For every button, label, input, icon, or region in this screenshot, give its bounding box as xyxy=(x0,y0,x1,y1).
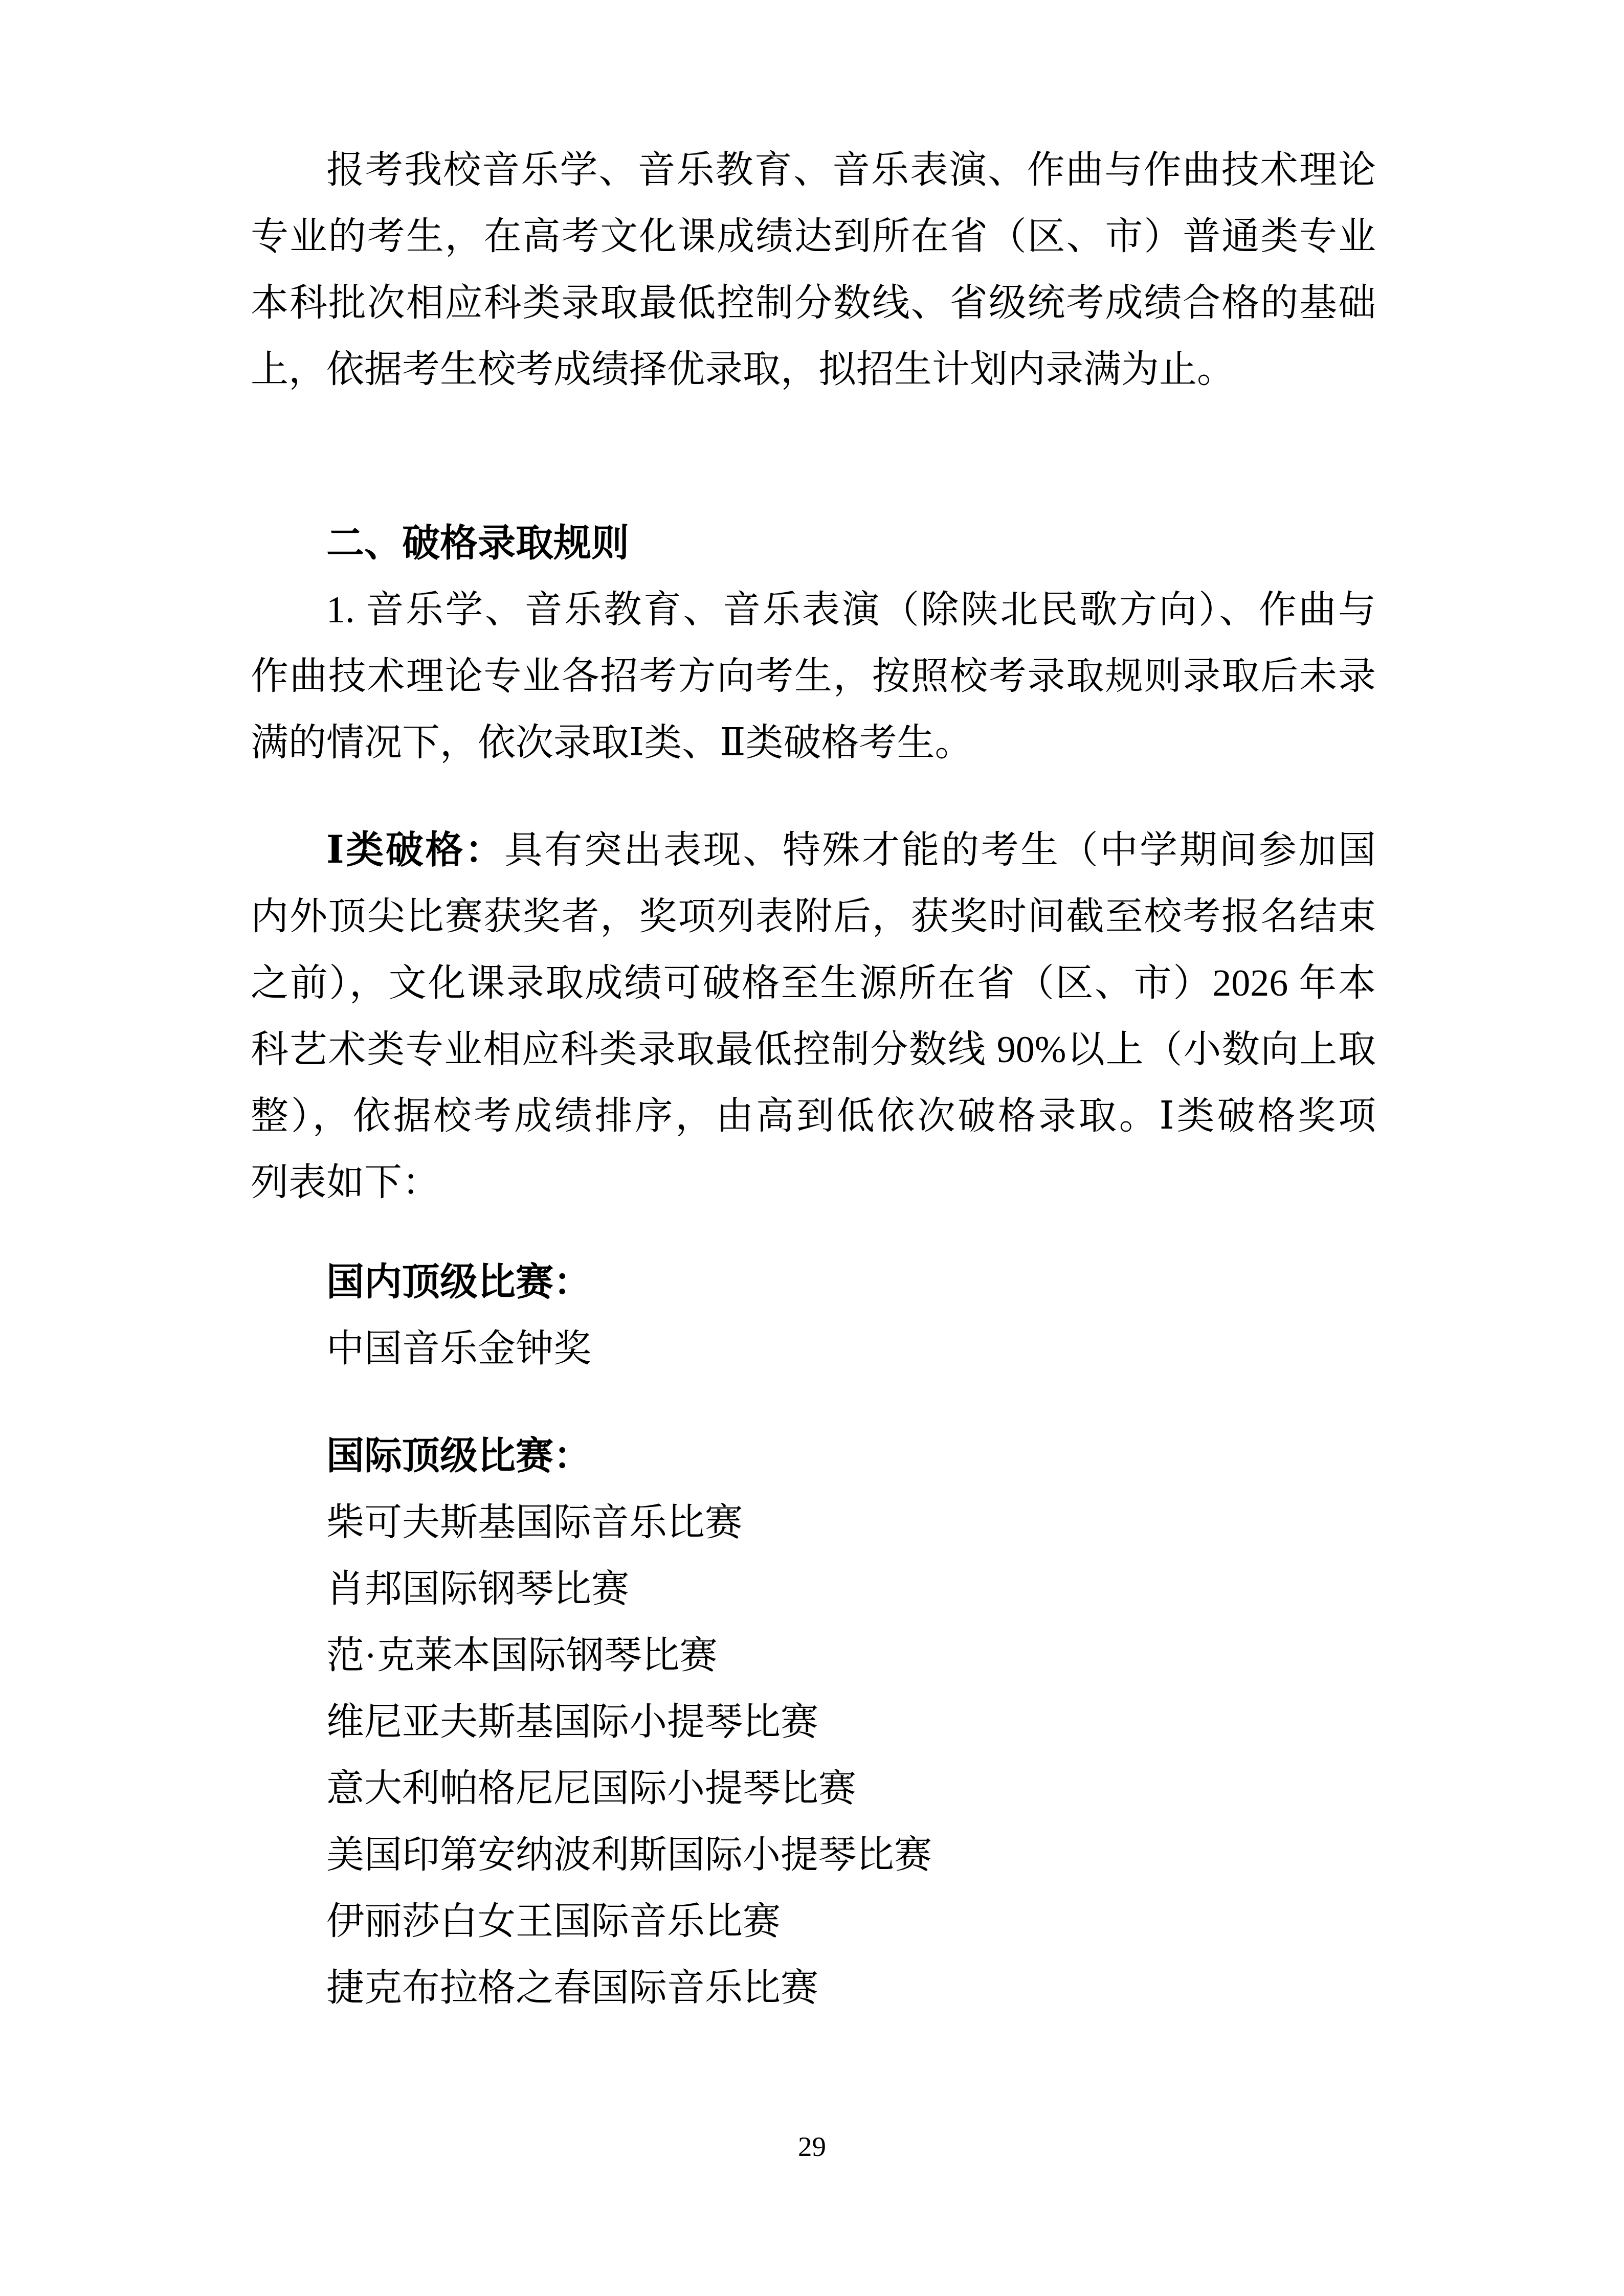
competition-item: 中国音乐金钟奖 xyxy=(251,1316,1376,1382)
international-competitions-heading: 国际顶级比赛： xyxy=(251,1423,1376,1490)
paragraph-line: 报考我校音乐学、音乐教育、音乐表演、作曲与作曲技术理论 xyxy=(251,137,1376,204)
competition-item: 意大利帕格尼尼国际小提琴比赛 xyxy=(251,1755,1376,1822)
page-number: 29 xyxy=(0,2129,1624,2165)
paragraph-line: Ⅰ类破格：具有突出表现、特殊才能的考生（中学期间参加国 xyxy=(251,817,1376,884)
paragraph-text: 具有突出表现、特殊才能的考生（中学期间参加国 xyxy=(505,829,1376,871)
paragraph-line: 列表如下： xyxy=(251,1150,1376,1216)
paragraph-line: 1. 音乐学、音乐教育、音乐表演（除陕北民歌方向）、作曲与 xyxy=(251,577,1376,643)
competition-item: 捷克布拉格之春国际音乐比赛 xyxy=(251,1955,1376,2021)
paragraph-line: 本科批次相应科类录取最低控制分数线、省级统考成绩合格的基础 xyxy=(251,270,1376,336)
competition-item: 柴可夫斯基国际音乐比赛 xyxy=(251,1490,1376,1556)
paragraph-line: 作曲技术理论专业各招考方向考生，按照校考录取规则录取后未录 xyxy=(251,643,1376,710)
section-heading-break-rules: 二、破格录取规则 xyxy=(251,510,1376,577)
competition-item: 伊丽莎白女王国际音乐比赛 xyxy=(251,1888,1376,1955)
paragraph-line: 之前），文化课录取成绩可破格至生源所在省（区、市）2026 年本 xyxy=(251,950,1376,1017)
paragraph-line: 上，依据考生校考成绩择优录取，拟招生计划内录满为止。 xyxy=(251,336,1376,403)
paragraph-line: 专业的考生，在高考文化课成绩达到所在省（区、市）普通类专业 xyxy=(251,204,1376,270)
rule1-paragraph: 1. 音乐学、音乐教育、音乐表演（除陕北民歌方向）、作曲与 作曲技术理论专业各招… xyxy=(251,577,1376,776)
type1-lead-label: Ⅰ类破格： xyxy=(326,829,505,871)
competition-item: 维尼亚夫斯基国际小提琴比赛 xyxy=(251,1689,1376,1755)
paragraph-line: 整），依据校考成绩排序，由高到低依次破格录取。Ⅰ类破格奖项 xyxy=(251,1083,1376,1150)
intro-paragraph: 报考我校音乐学、音乐教育、音乐表演、作曲与作曲技术理论 专业的考生，在高考文化课… xyxy=(251,137,1376,403)
competition-item: 肖邦国际钢琴比赛 xyxy=(251,1556,1376,1623)
document-page: 报考我校音乐学、音乐教育、音乐表演、作曲与作曲技术理论 专业的考生，在高考文化课… xyxy=(0,0,1624,2296)
competition-item: 范·克莱本国际钢琴比赛 xyxy=(251,1623,1376,1689)
type1-exception-paragraph: Ⅰ类破格：具有突出表现、特殊才能的考生（中学期间参加国 内外顶尖比赛获奖者，奖项… xyxy=(251,817,1376,1216)
competition-item: 美国印第安纳波利斯国际小提琴比赛 xyxy=(251,1822,1376,1888)
domestic-competitions-heading: 国内顶级比赛： xyxy=(251,1249,1376,1316)
paragraph-line: 内外顶尖比赛获奖者，奖项列表附后，获奖时间截至校考报名结束 xyxy=(251,884,1376,950)
page-body: 报考我校音乐学、音乐教育、音乐表演、作曲与作曲技术理论 专业的考生，在高考文化课… xyxy=(251,137,1376,2021)
paragraph-line: 满的情况下，依次录取Ⅰ类、Ⅱ类破格考生。 xyxy=(251,710,1376,776)
paragraph-line: 科艺术类专业相应科类录取最低控制分数线 90%以上（小数向上取 xyxy=(251,1017,1376,1083)
